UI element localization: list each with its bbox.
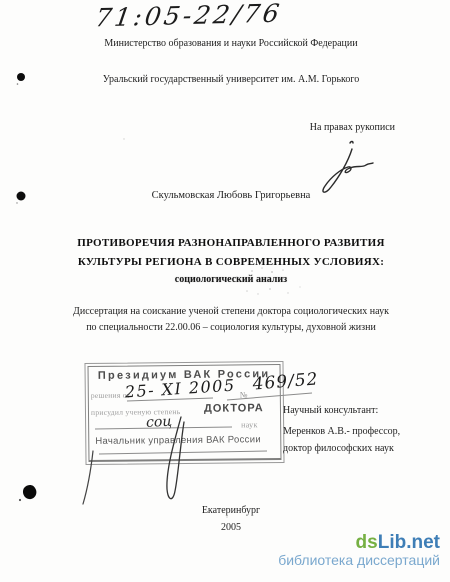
city-line: Екатеринбург (0, 505, 450, 516)
degree-statement-line1: Диссертация на соискание ученой степени … (0, 306, 450, 317)
stamp-handwritten-field: соц (146, 414, 173, 431)
stamp-field-suffix: наук (241, 420, 258, 429)
dissertation-title-line2: КУЛЬТУРЫ РЕГИОНА В СОВРЕМЕННЫХ УСЛОВИЯХ: (0, 256, 450, 268)
consultant-name: Меренков А.В.- профессор, (283, 426, 400, 438)
author-name: Скульмовская Любовь Григорьевна (0, 190, 450, 201)
dslib-watermark: dsLib.net библиотека диссертаций (278, 533, 440, 568)
author-signature (323, 142, 373, 193)
ink-speck (19, 499, 21, 501)
manuscript-note: На правах рукописи (310, 122, 395, 133)
ministry-line: Министерство образования и науки Российс… (0, 38, 450, 49)
degree-statement-line2: по специальности 22.00.06 – социология к… (0, 322, 450, 333)
vak-approval-stamp: Президиум ВАК России решения от 25- XI 2… (84, 361, 284, 465)
dslib-logo-prefix: ds (356, 532, 378, 553)
dissertation-subtitle: социологический анализ (0, 274, 450, 285)
ink-blob (23, 485, 36, 499)
dissertation-title-page-scan: 71:05-22/76 Министерство образования и н… (0, 0, 450, 582)
handwriting-and-scan-marks-overlay (0, 0, 450, 582)
consultant-label: Научный консультант: (283, 405, 378, 417)
dslib-tagline: библиотека диссертаций (278, 552, 440, 568)
dslib-logo-suffix: Lib.net (378, 532, 440, 553)
dslib-logo-text: dsLib.net (278, 533, 440, 552)
ink-speck (16, 202, 17, 203)
stamp-number-sign: № (240, 390, 248, 399)
consultant-degree: доктор философских наук (283, 443, 394, 455)
stamp-degree-value: ДОКТОРА (204, 402, 264, 415)
university-line: Уральский государственный университет им… (0, 74, 450, 85)
stamp-handwritten-number: 469/52 (252, 369, 319, 394)
stamp-official-title: Начальник управления ВАК России (95, 434, 261, 447)
dissertation-title-line1: ПРОТИВОРЕЧИЯ РАЗНОНАПРАВЛЕННОГО РАЗВИТИЯ (0, 237, 450, 249)
handwritten-catalog-number: 71:05-22/76 (93, 0, 284, 32)
